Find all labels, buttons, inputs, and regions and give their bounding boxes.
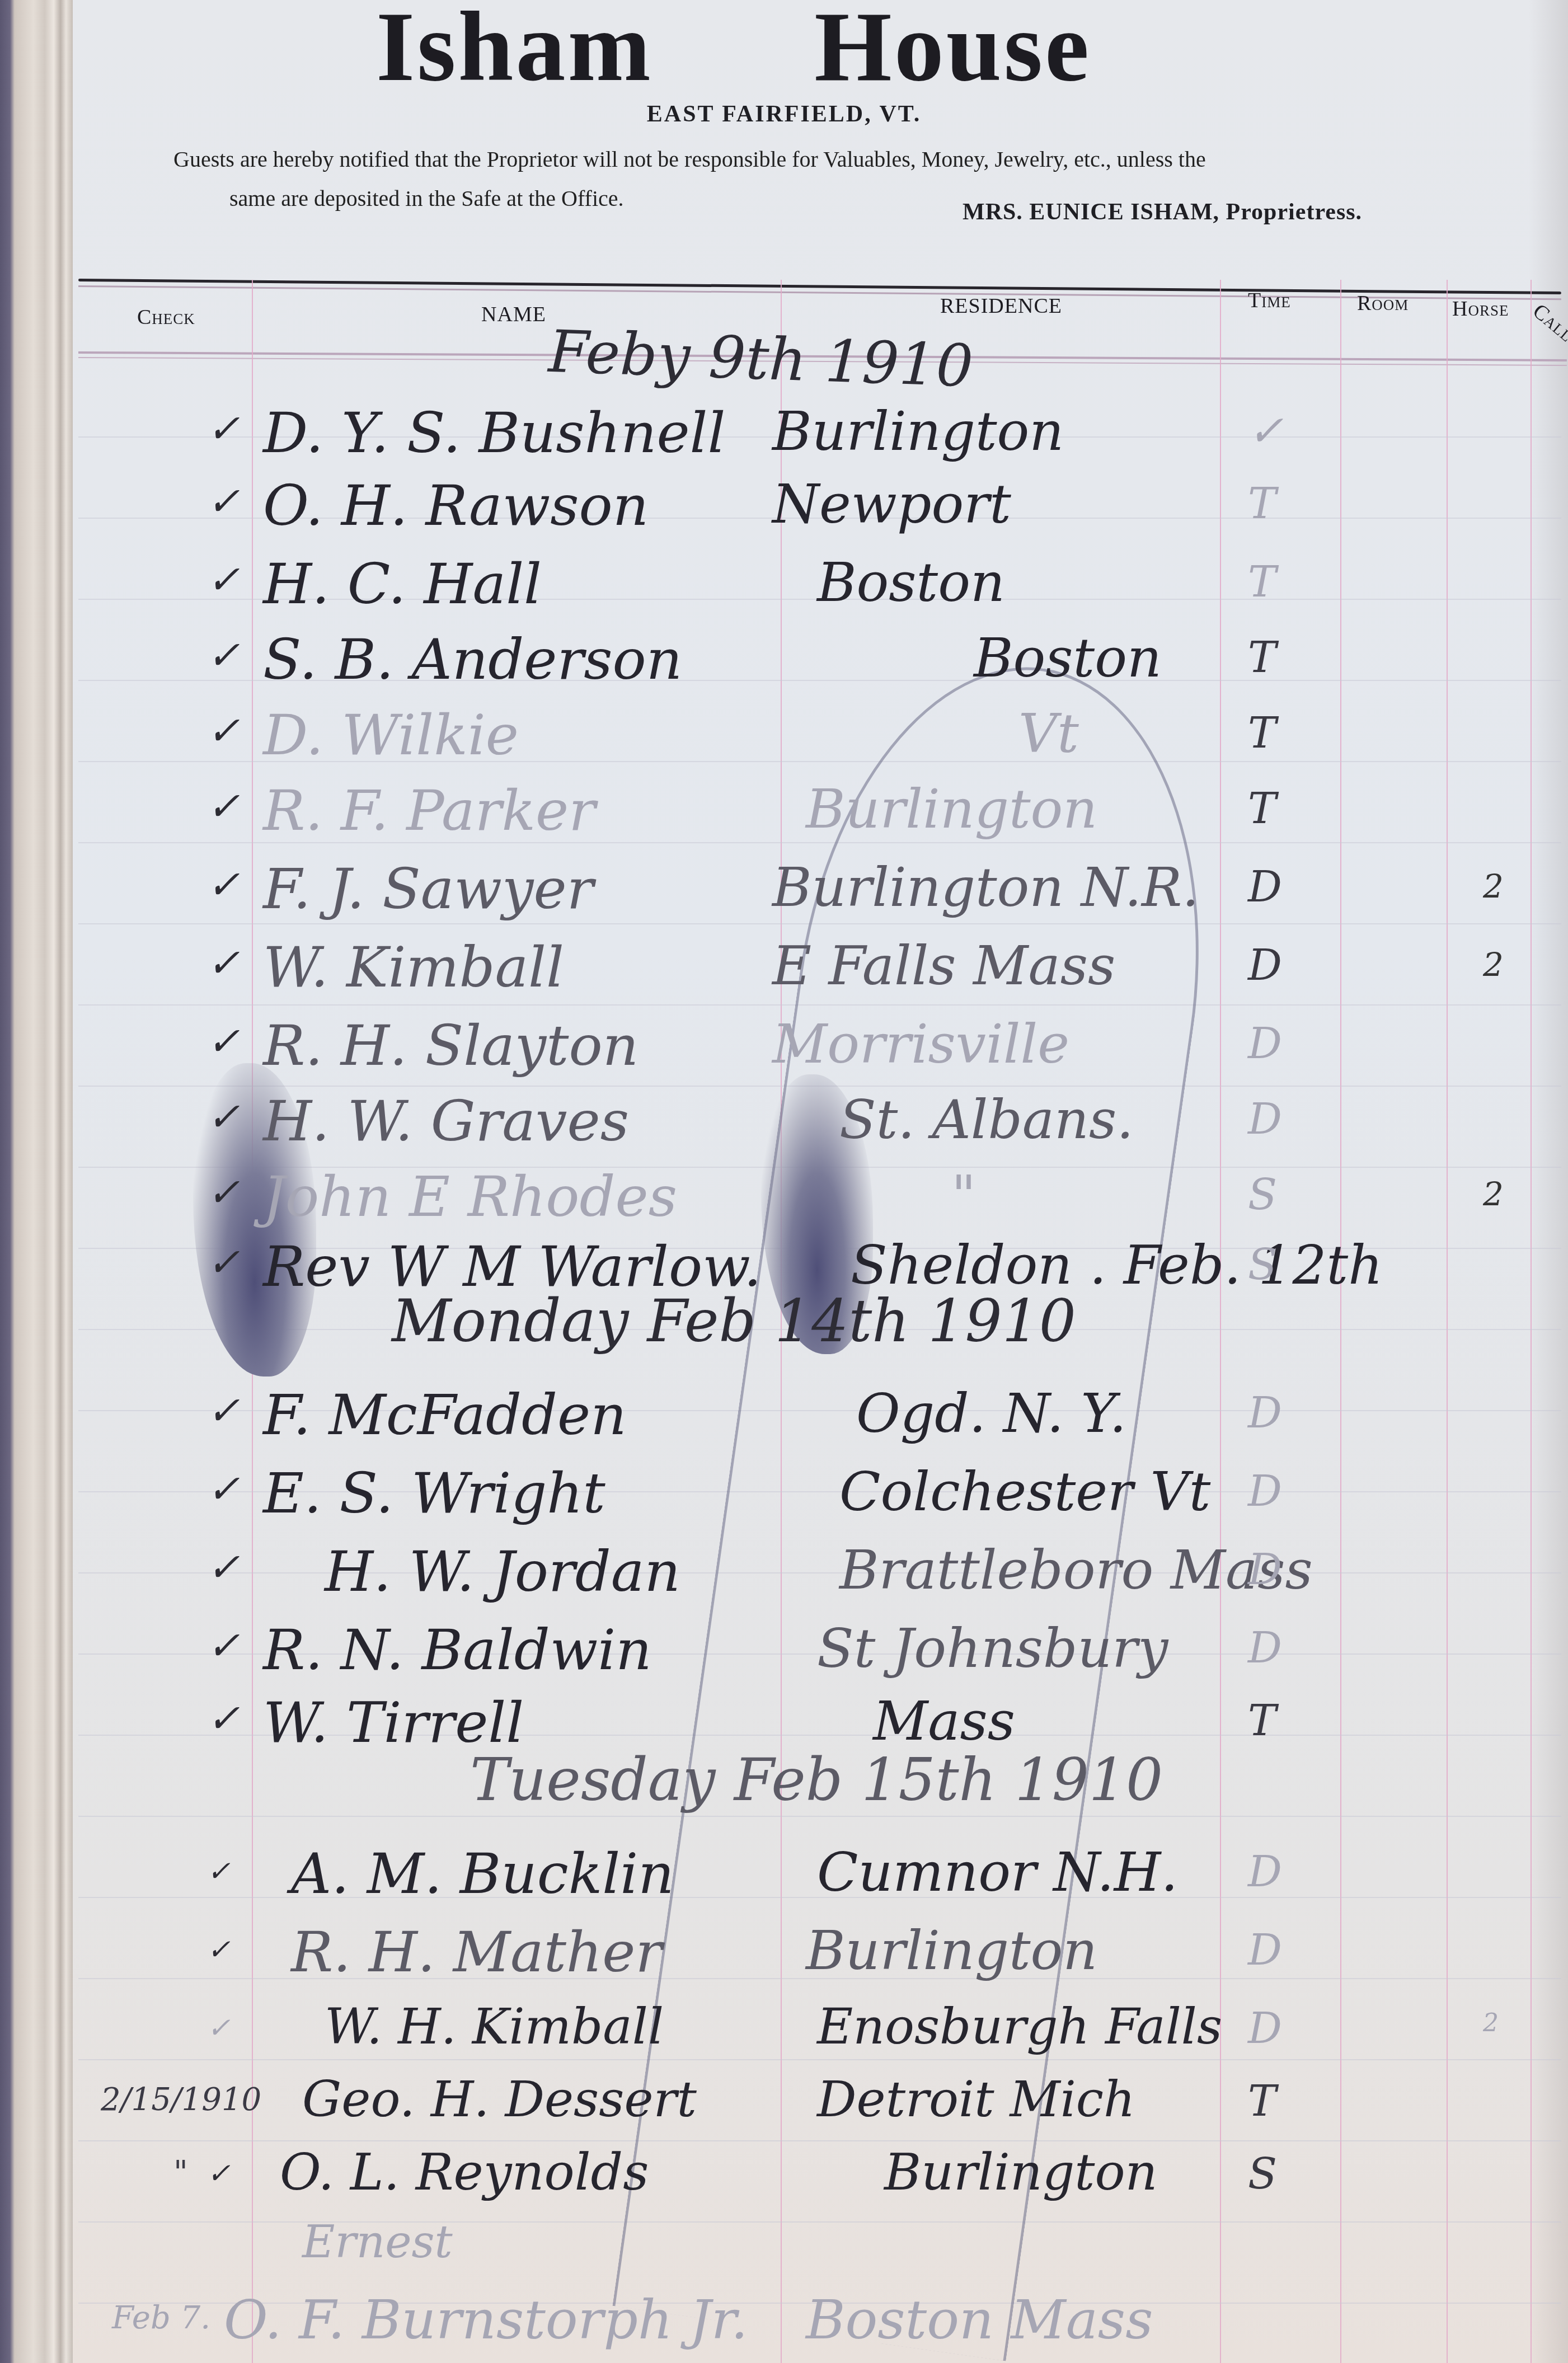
- guest-time: T: [1248, 632, 1276, 682]
- register-entry: ✓ D. Y. S. Bushnell Burlington ✓: [0, 394, 1568, 473]
- guest-time: T: [1248, 1695, 1276, 1745]
- guest-residence: Burlington: [806, 1919, 1097, 1982]
- check-mark: ✓: [207, 1855, 231, 1887]
- column-header-room: Room: [1357, 291, 1409, 316]
- guest-name: W. H. Kimball: [325, 1998, 664, 2055]
- register-entry: ✓ W. Kimball E Falls Mass D 2: [0, 929, 1568, 1007]
- check-mark: ✓: [207, 557, 240, 603]
- guest-time: D: [1248, 1544, 1282, 1594]
- guest-name: S. B. Anderson: [263, 627, 682, 692]
- margin-ditto-note: ": [173, 2154, 188, 2191]
- check-mark: ✓: [207, 1388, 240, 1434]
- guest-residence: E Falls Mass: [772, 934, 1115, 997]
- check-mark: ✓: [207, 2157, 231, 2190]
- register-entry: ✓ R. N. Baldwin St Johnsbury D: [0, 1612, 1568, 1690]
- margin-date-note: 2/15/1910: [101, 2082, 261, 2118]
- guest-time: T: [1248, 557, 1276, 607]
- guest-time: T: [1248, 478, 1276, 528]
- register-entry: ✓ R. F. Parker Burlington T: [0, 772, 1568, 851]
- register-entry: 2/15/1910 Geo. H. Dessert Detroit Mich T: [0, 2065, 1568, 2143]
- check-mark: ✓: [207, 783, 240, 829]
- margin-date-note: Feb 7.: [112, 2300, 210, 2336]
- guest-time: D: [1248, 1466, 1282, 1516]
- guest-time: T: [1248, 2076, 1276, 2126]
- guest-residence: Boston: [817, 551, 1005, 614]
- check-mark: ✓: [207, 1933, 231, 1966]
- check-mark: ✓: [207, 1169, 240, 1215]
- guest-name: W. Kimball: [263, 934, 564, 1000]
- register-entry: ✓ H. C. Hall Boston T: [0, 546, 1568, 624]
- register-entry: ✓ H. W. Jordan Brattleboro Mass D: [0, 1533, 1568, 1612]
- guest-name: A. M. Bucklin: [291, 1841, 674, 1906]
- check-mark: ✓: [207, 1695, 240, 1741]
- guest-residence: Vt: [1018, 702, 1079, 765]
- guest-name: R. H. Mather: [291, 1919, 662, 1985]
- guest-residence: Newport: [772, 473, 1011, 535]
- register-entry: ✓ S. B. Anderson Boston T: [0, 621, 1568, 699]
- hotel-title: Isham House: [0, 0, 1568, 104]
- guest-residence: Boston Mass: [806, 2289, 1153, 2351]
- check-mark: ✓: [207, 1239, 240, 1285]
- guest-residence: Burlington: [806, 778, 1097, 840]
- guest-residence: Burlington: [884, 2143, 1158, 2202]
- guest-name: O. L. Reynolds: [280, 2143, 649, 2202]
- guest-time: T: [1248, 783, 1276, 833]
- guest-name: R. N. Baldwin: [263, 1617, 652, 1683]
- guest-horse: 2: [1483, 946, 1504, 984]
- column-header-time: Time: [1248, 288, 1291, 313]
- guest-time: D: [1248, 940, 1282, 990]
- column-header-check: Check: [137, 305, 195, 330]
- check-mark: ✓: [207, 1544, 240, 1590]
- guest-residence: Burlington N.R.: [772, 856, 1199, 919]
- guest-residence: St Johnsbury: [817, 1617, 1168, 1680]
- register-entry: ✓ John E Rhodes " S 2: [0, 1158, 1568, 1237]
- guest-residence: Brattleboro Mass: [839, 1539, 1313, 1601]
- guest-residence: Boston: [974, 627, 1162, 689]
- guest-name: F. McFadden: [263, 1382, 627, 1448]
- check-mark: ✓: [207, 1018, 240, 1064]
- title-word-house: House: [814, 0, 1091, 102]
- guest-name: W. Tirrell: [263, 1690, 524, 1755]
- guest-time: D: [1248, 1925, 1282, 1975]
- notice-line-1: Guests are hereby notified that the Prop…: [173, 140, 1517, 179]
- register-entry: ✓ R. H. Slayton Morrisville D: [0, 1007, 1568, 1086]
- proprietor-line: MRS. EUNICE ISHAM, Proprietress.: [963, 199, 1362, 226]
- guest-name: H. C. Hall: [263, 551, 542, 617]
- title-word-isham: Isham: [376, 0, 653, 102]
- guest-horse: 2: [1483, 867, 1504, 905]
- column-header-name: NAME: [481, 302, 546, 327]
- guest-residence: Mass: [873, 1690, 1015, 1753]
- guest-residence: Sheldon . Feb. 12th: [851, 1234, 1383, 1296]
- register-entry: ✓ R. H. Mather Burlington D: [0, 1914, 1568, 1992]
- check-mark: ✓: [207, 632, 240, 678]
- guest-name: E. S. Wright: [263, 1460, 605, 1526]
- check-mark: ✓: [207, 478, 240, 524]
- guest-time: D: [1248, 1094, 1282, 1144]
- check-mark: ✓: [207, 862, 240, 908]
- guest-time: D: [1248, 1388, 1282, 1437]
- check-mark: ✓: [207, 940, 240, 986]
- guest-name: R. H. Slayton: [263, 1013, 639, 1078]
- guest-horse: 2: [1483, 1175, 1504, 1213]
- guest-time: D: [1248, 1623, 1282, 1673]
- register-entry: ✓ F. McFadden Ogd. N. Y. D: [0, 1377, 1568, 1455]
- register-entry: ✓ F. J. Sawyer Burlington N.R. D 2: [0, 851, 1568, 929]
- check-mark: ✓: [207, 2012, 231, 2044]
- register-entry: ✓ Rev W M Warlow. Sheldon . Feb. 12th S: [0, 1228, 1568, 1307]
- guest-residence: ": [951, 1164, 976, 1227]
- guest-residence: Ogd. N. Y.: [856, 1382, 1126, 1445]
- guest-name: R. F. Parker: [263, 778, 595, 843]
- guest-residence: Detroit Mich: [817, 2070, 1135, 2128]
- guest-name: John E Rhodes: [263, 1164, 677, 1229]
- register-entry: ✓ O. H. Rawson Newport T: [0, 467, 1568, 546]
- guest-residence: Enosburgh Falls: [817, 1998, 1222, 2055]
- register-entry: ✓ H. W. Graves St. Albans. D: [0, 1083, 1568, 1161]
- register-entry: ✓ A. M. Bucklin Cumnor N.H. D: [0, 1835, 1568, 1914]
- column-header-horse: Horse: [1452, 297, 1509, 321]
- check-mark: ✓: [207, 406, 240, 452]
- register-entry: Feb 7. O. F. Burnstorph Jr. Boston Mass: [0, 2283, 1568, 2361]
- guest-name: Ernest: [302, 2216, 453, 2268]
- guest-time: S: [1248, 1239, 1277, 1289]
- guest-name: Geo. H. Dessert: [302, 2070, 697, 2128]
- guest-residence: St. Albans.: [839, 1088, 1134, 1151]
- register-entry: " ✓ O. L. Reynolds Burlington S: [0, 2137, 1568, 2216]
- guest-name: F. J. Sawyer: [263, 856, 593, 922]
- guest-residence: Cumnor N.H.: [817, 1841, 1178, 1904]
- guest-time: S: [1248, 1169, 1277, 1219]
- check-mark: ✓: [207, 1623, 240, 1669]
- guest-horse: 2: [1483, 2009, 1499, 2037]
- register-entry: ✓ W. H. Kimball Enosburgh Falls D 2: [0, 1992, 1568, 2070]
- check-mark: ✓: [207, 708, 240, 754]
- register-entry: ✓ E. S. Wright Colchester Vt D: [0, 1455, 1568, 1533]
- guest-name: D. Y. S. Bushnell: [263, 400, 726, 466]
- guest-time: S: [1248, 2149, 1277, 2198]
- guest-time: D: [1248, 1847, 1282, 1896]
- guest-time: D: [1248, 2003, 1282, 2053]
- guest-time: T: [1248, 708, 1276, 758]
- guest-name: D. Wilkie: [263, 702, 519, 768]
- check-mark: ✓: [207, 1094, 240, 1140]
- guest-time: D: [1248, 1018, 1282, 1068]
- check-mark: ✓: [207, 1466, 240, 1512]
- guest-name: O. F. Burnstorph Jr.: [224, 2289, 748, 2351]
- guest-name: Rev W M Warlow.: [263, 1234, 762, 1299]
- guest-name: H. W. Jordan: [325, 1539, 680, 1604]
- register-entry: ✓ W. Tirrell Mass T: [0, 1684, 1568, 1763]
- guest-residence: Morrisville: [772, 1013, 1069, 1075]
- guest-residence: Burlington: [772, 400, 1064, 463]
- guest-residence: Colchester Vt: [839, 1460, 1210, 1523]
- register-entry: Ernest: [0, 2210, 1568, 2289]
- column-header-residence: RESIDENCE: [940, 294, 1062, 318]
- register-entry: ✓ D. Wilkie Vt T: [0, 697, 1568, 775]
- guest-time: ✓: [1248, 406, 1284, 455]
- guest-name: H. W. Graves: [263, 1088, 629, 1154]
- guest-time: D: [1248, 862, 1282, 912]
- hotel-location: EAST FAIRFIELD, VT.: [0, 101, 1568, 128]
- guest-name: O. H. Rawson: [263, 473, 649, 538]
